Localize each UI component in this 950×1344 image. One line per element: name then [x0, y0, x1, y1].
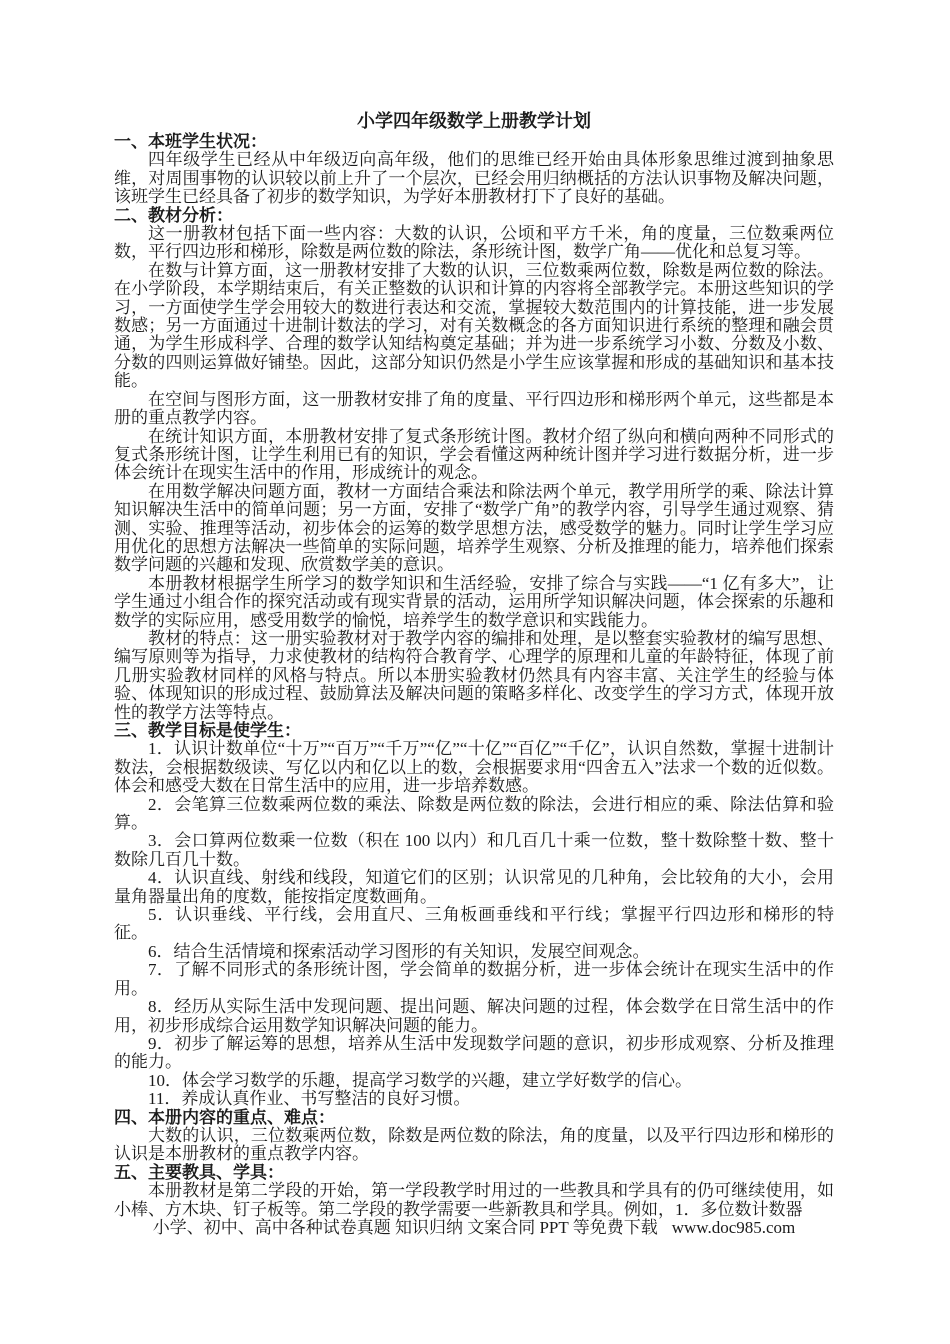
section-heading-key-points: 四、本册内容的重点、难点： [114, 1109, 834, 1127]
goal-item: 10．体会学习数学的乐趣，提高学习数学的兴趣，建立学好数学的信心。 [114, 1072, 834, 1090]
paragraph: 四年级学生已经从中年级迈向高年级，他们的思维已经开始由具体形象思维过渡到抽象思维… [114, 151, 834, 206]
section-heading-teaching-goals: 三、教学目标是使学生： [114, 722, 834, 740]
paragraph: 大数的认识，三位数乘两位数，除数是两位数的除法，角的度量，以及平行四边形和梯形的… [114, 1127, 834, 1164]
paragraph: 本册教材是第二学段的开始，第一学段教学时用过的一些教具和学具有的仍可继续使用，如… [114, 1182, 834, 1219]
paragraph: 在用数学解决问题方面，教材一方面结合乘法和除法两个单元，教学用所学的乘、除法计算… [114, 483, 834, 575]
section-heading-teaching-aids: 五、主要教具、学具： [114, 1164, 834, 1182]
paragraph: 本册教材根据学生所学习的数学知识和生活经验，安排了综合与实践——“1 亿有多大”… [114, 575, 834, 630]
footer-promo-text: 小学、初中、高中各种试卷真题 知识归纳 文案合同 PPT 等免费下载 [153, 1218, 658, 1237]
goal-item: 4．认识直线、射线和线段，知道它们的区别；认识常见的几种角，会比较角的大小，会用… [114, 869, 834, 906]
paragraph: 这一册教材包括下面一些内容：大数的认识，公顷和平方千米，角的度量，三位数乘两位数… [114, 225, 834, 262]
goal-item: 5．认识垂线、平行线，会用直尺、三角板画垂线和平行线；掌握平行四边形和梯形的特征… [114, 906, 834, 943]
footer-url: www.doc985.com [672, 1218, 796, 1237]
goal-item: 3．会口算两位数乘一位数（积在 100 以内）和几百几十乘一位数，整十数除整十数… [114, 832, 834, 869]
section-heading-students: 一、本班学生状况： [114, 133, 834, 151]
goal-item: 8．经历从实际生活中发现问题、提出问题、解决问题的过程，体会数学在日常生活中的作… [114, 998, 834, 1035]
paragraph: 教材的特点：这一册实验教材对于教学内容的编排和处理，是以整套实验教材的编写思想、… [114, 630, 834, 722]
document-page: 小学四年级数学上册教学计划 一、本班学生状况： 四年级学生已经从中年级迈向高年级… [0, 0, 950, 1344]
goal-item: 6．结合生活情境和探索活动学习图形的有关知识，发展空间观念。 [114, 943, 834, 961]
document-title: 小学四年级数学上册教学计划 [114, 112, 834, 131]
goal-item: 11．养成认真作业、书写整洁的良好习惯。 [114, 1090, 834, 1108]
goal-item: 7．了解不同形式的条形统计图，学会简单的数据分析，进一步体会统计在现实生活中的作… [114, 961, 834, 998]
goal-item: 2．会笔算三位数乘两位数的乘法、除数是两位数的除法，会进行相应的乘、除法估算和验… [114, 796, 834, 833]
section-heading-material-analysis: 二、教材分析： [114, 207, 834, 225]
paragraph: 在统计知识方面，本册教材安排了复式条形统计图。教材介绍了纵向和横向两种不同形式的… [114, 428, 834, 483]
goal-item: 9．初步了解运筹的思想，培养从生活中发现数学问题的意识，初步形成观察、分析及推理… [114, 1035, 834, 1072]
paragraph: 在空间与图形方面，这一册教材安排了角的度量、平行四边形和梯形两个单元，这些都是本… [114, 391, 834, 428]
goal-item: 1．认识计数单位“十万”“百万”“千万”“亿”“十亿”“百亿”“千亿”，认识自然… [114, 740, 834, 795]
footer-promo: 小学、初中、高中各种试卷真题 知识归纳 文案合同 PPT 等免费下载www.do… [114, 1219, 834, 1237]
paragraph: 在数与计算方面，这一册教材安排了大数的认识，三位数乘两位数，除数是两位数的除法。… [114, 262, 834, 391]
